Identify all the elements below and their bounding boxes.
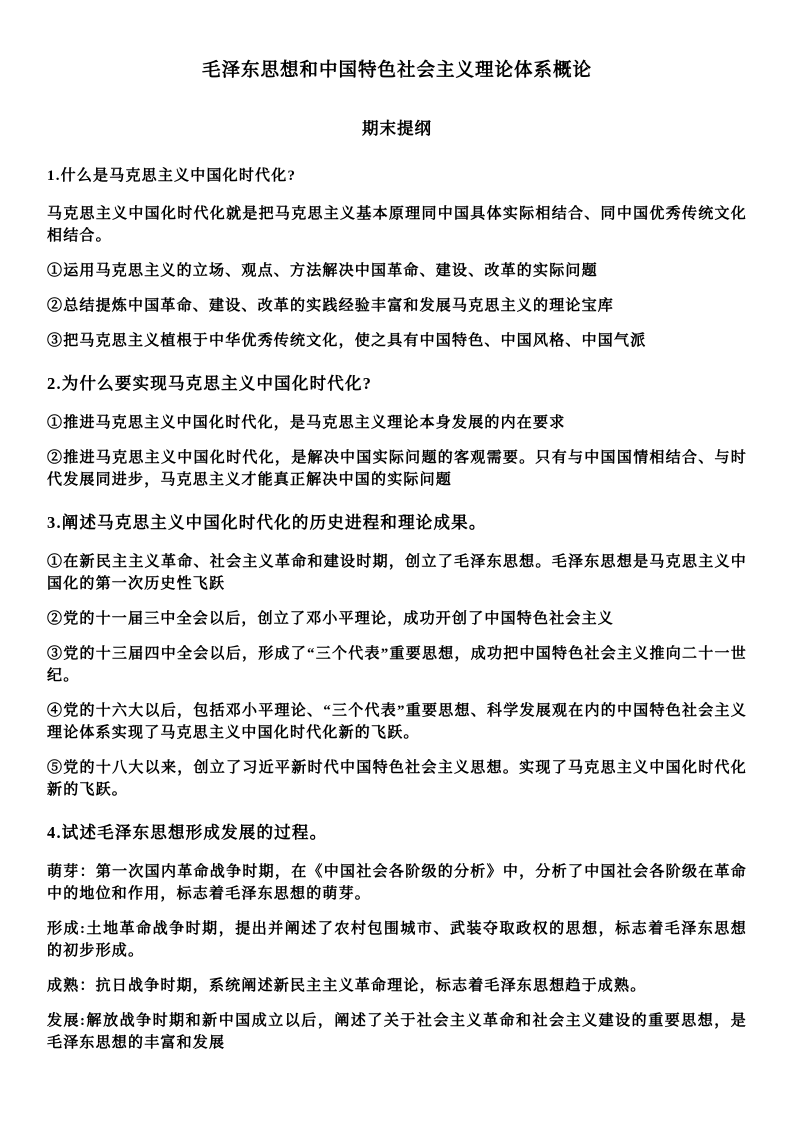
document-title: 毛泽东思想和中国特色社会主义理论体系概论 [47,58,747,84]
paragraph: ②推进马克思主义中国化时代化，是解决中国实际问题的客观需要。只有与中国国情相结合… [47,447,747,491]
section-question-3: 3.阐述马克思主义中国化时代化的历史进程和理论成果。 ①在新民主主义革命、社会主… [47,511,747,801]
section-question-4: 4.试述毛泽东思想形成发展的过程。 萌芽：第一次国内革命战争时期，在《中国社会各… [47,821,747,1054]
paragraph: ③党的十三届四中全会以后，形成了“三个代表”重要思想，成功把中国特色社会主义推向… [47,643,747,687]
document-subtitle: 期末提纲 [47,117,747,140]
paragraph: ②党的十一届三中全会以后，创立了邓小平理论，成功开创了中国特色社会主义 [47,608,747,630]
paragraph: ⑤党的十八大以来，创立了习近平新时代中国特色社会主义思想。实现了马克思主义中国化… [47,757,747,801]
question-2-heading: 2.为什么要实现马克思主义中国化时代化? [47,372,747,396]
paragraph: ④党的十六大以后，包括邓小平理论、“三个代表”重要思想、科学发展观在内的中国特色… [47,700,747,744]
section-question-2: 2.为什么要实现马克思主义中国化时代化? ①推进马克思主义中国化时代化，是马克思… [47,372,747,491]
paragraph: 萌芽：第一次国内革命战争时期，在《中国社会各阶级的分析》中，分析了中国社会各阶级… [47,861,747,905]
paragraph: ③把马克思主义植根于中华优秀传统文化，使之具有中国特色、中国风格、中国气派 [47,330,747,352]
paragraph: ②总结提炼中国革命、建设、改革的实践经验丰富和发展马克思主义的理论宝库 [47,295,747,317]
paragraph: 发展:解放战争时期和新中国成立以后，阐述了关于社会主义革命和社会主义建设的重要思… [47,1010,747,1054]
question-3-heading: 3.阐述马克思主义中国化时代化的历史进程和理论成果。 [47,511,747,535]
paragraph: ①在新民主主义革命、社会主义革命和建设时期，创立了毛泽东思想。毛泽东思想是马克思… [47,551,747,595]
paragraph: ①运用马克思主义的立场、观点、方法解决中国革命、建设、改革的实际问题 [47,260,747,282]
section-question-1: 1.什么是马克思主义中国化时代化? 马克思主义中国化时代化就是把马克思主义基本原… [47,166,747,352]
question-1-heading: 1.什么是马克思主义中国化时代化? [47,166,747,187]
paragraph: ①推进马克思主义中国化时代化，是马克思主义理论本身发展的内在要求 [47,412,747,434]
question-4-heading: 4.试述毛泽东思想形成发展的过程。 [47,821,747,845]
paragraph: 成熟：抗日战争时期，系统阐述新民主主义革命理论，标志着毛泽东思想趋于成熟。 [47,975,747,997]
paragraph: 形成:土地革命战争时期，提出并阐述了农村包围城市、武装夺取政权的思想，标志着毛泽… [47,918,747,962]
document-page: 毛泽东思想和中国特色社会主义理论体系概论 期末提纲 1.什么是马克思主义中国化时… [0,0,793,1122]
paragraph: 马克思主义中国化时代化就是把马克思主义基本原理同中国具体实际相结合、同中国优秀传… [47,203,747,247]
